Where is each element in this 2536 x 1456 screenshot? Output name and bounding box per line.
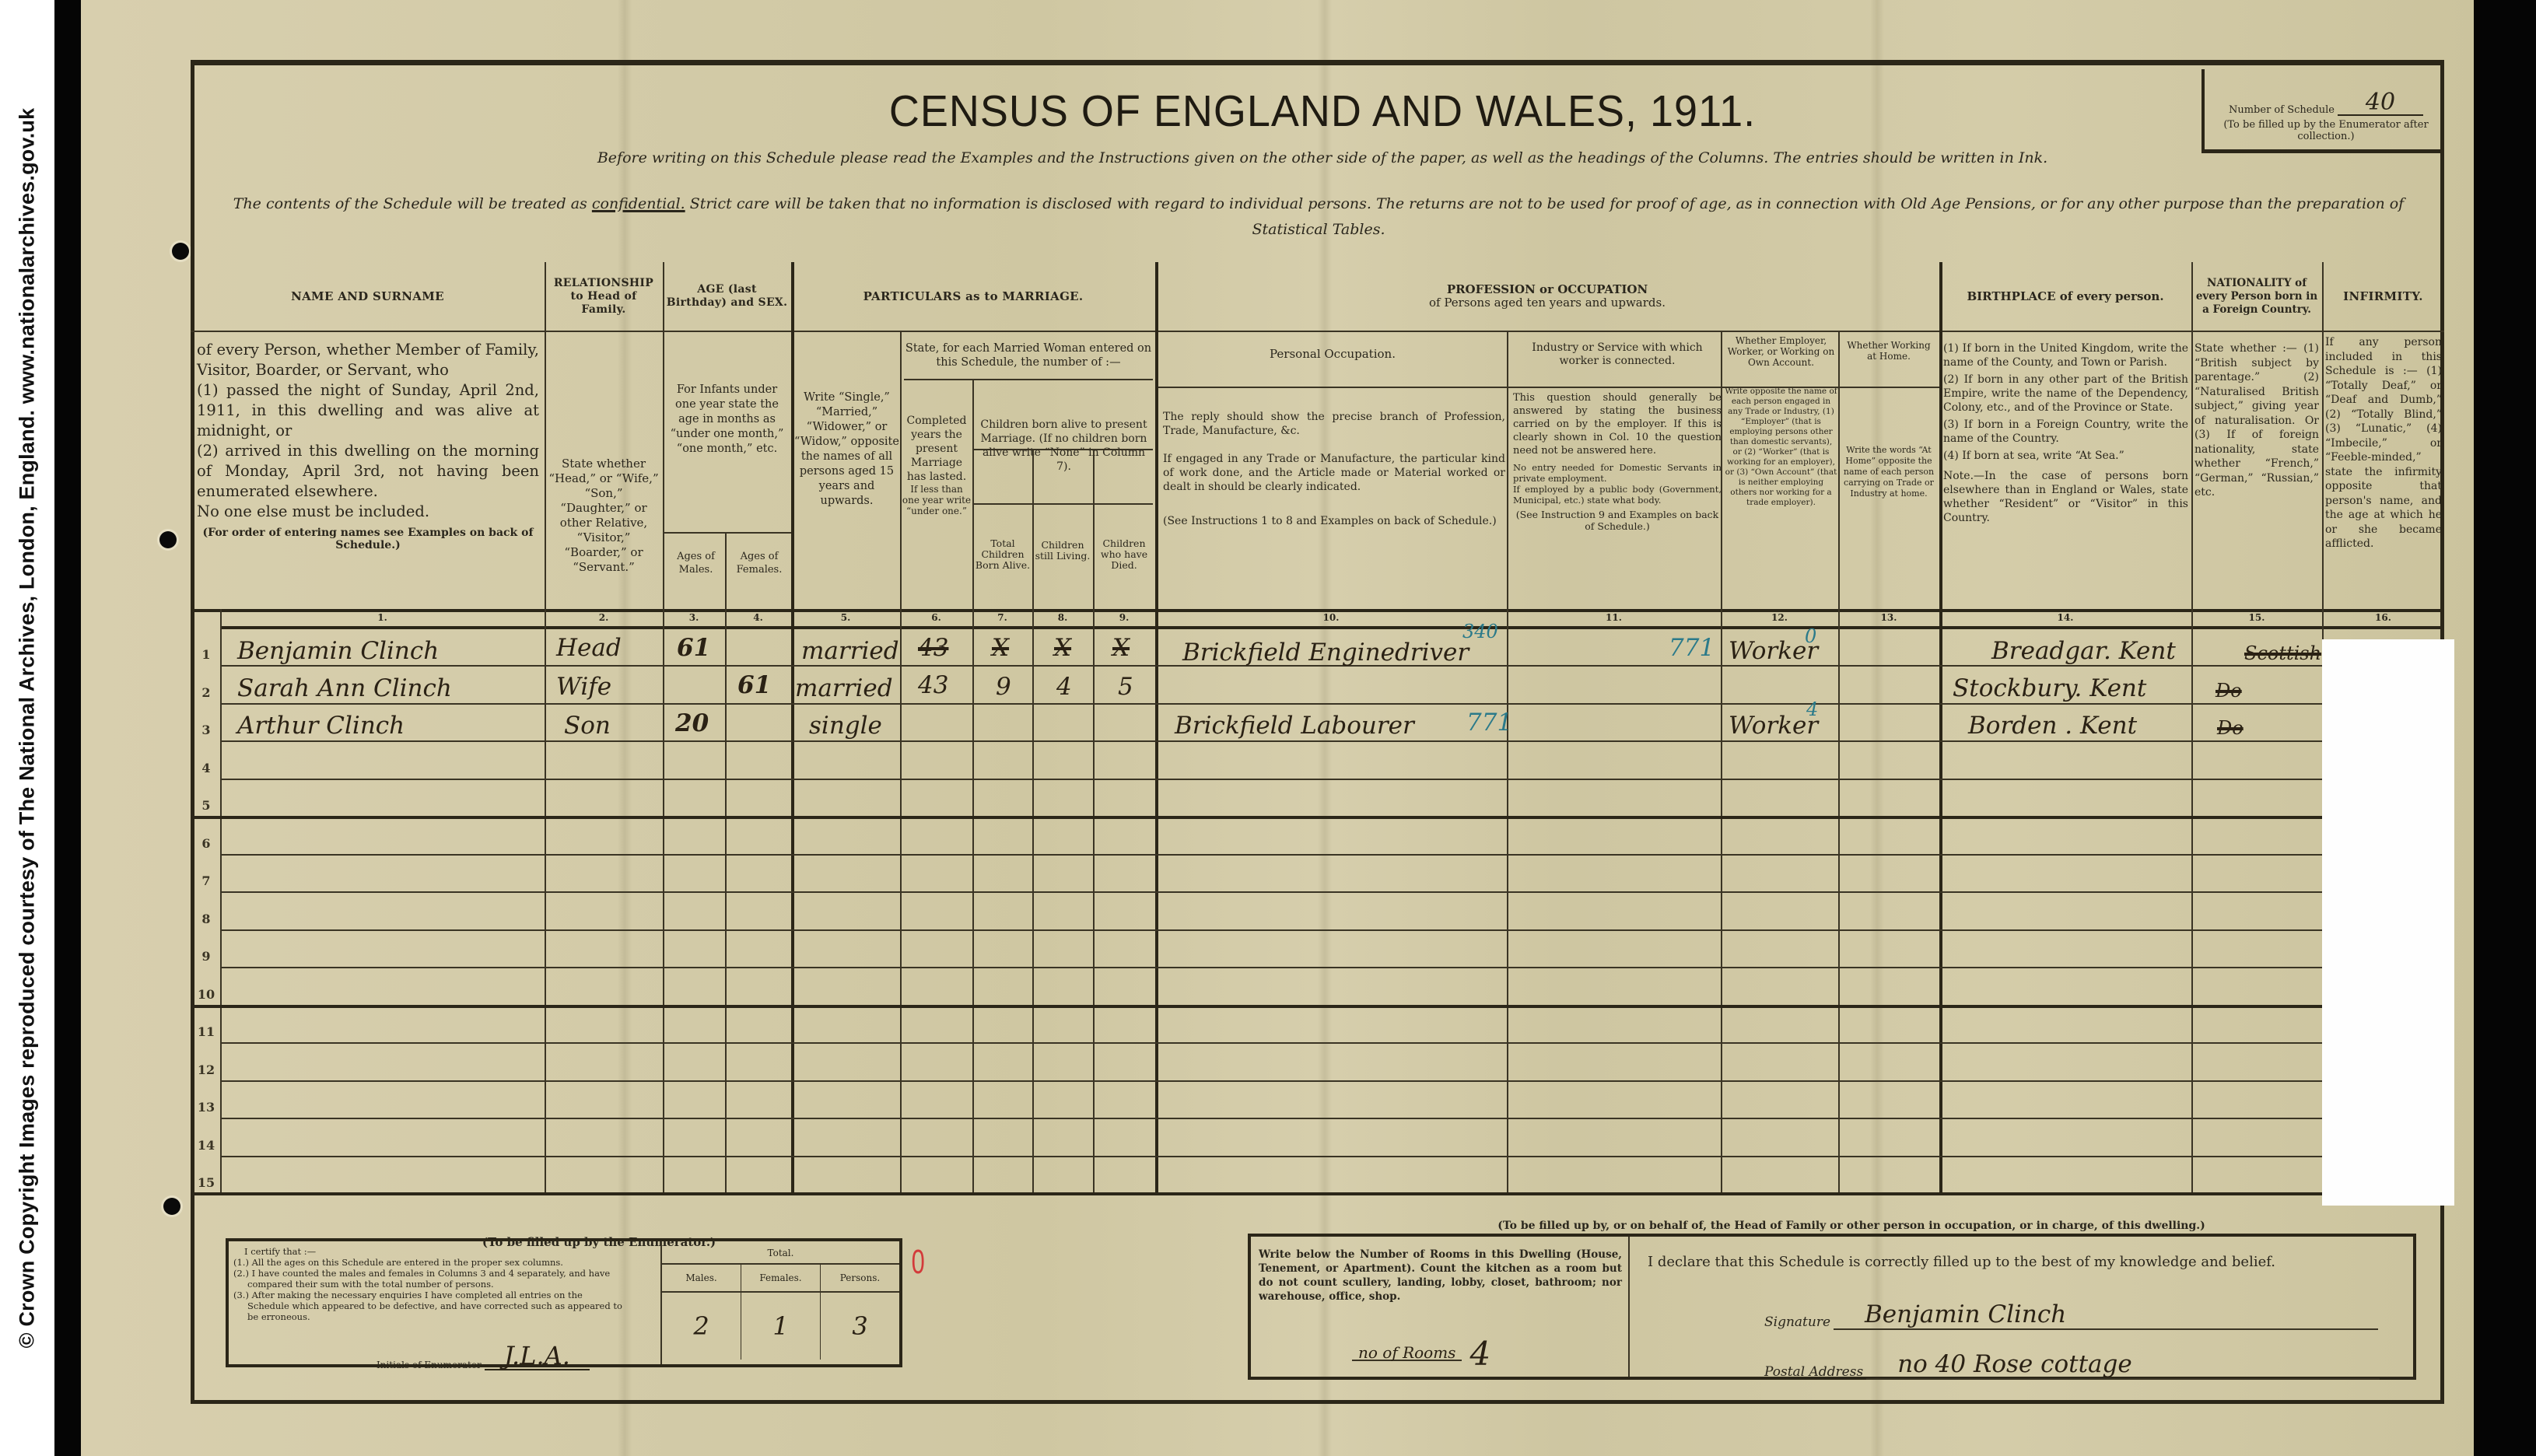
col-divider [220,609,222,1194]
employment-status-label: Whether Employer, Worker, or Working on … [1725,335,1837,368]
personal-instr-3: (See Instructions 1 to 8 and Examples on… [1163,514,1505,528]
address-row: Postal Address no 40 Rose cottage [1764,1350,2380,1380]
row-number: 1 [193,647,219,662]
row-rule [220,779,2444,780]
col-divider [1507,331,1508,1194]
children-total[interactable]: X [992,636,1009,660]
declaration: I declare that this Schedule is correctl… [1648,1254,2275,1270]
total-persons[interactable]: 3 [821,1293,899,1360]
totals-females-header: Females. [741,1265,821,1291]
address-value[interactable]: no 40 Rose cottage [1866,1350,2380,1380]
children-died[interactable]: 5 [1118,675,1133,699]
scan-edge-right [2474,0,2536,1456]
ages-of-males-label: Ages of Males. [667,550,725,576]
certify-item-2: (2.) I have counted the males and female… [233,1268,626,1290]
certify-heading: I certify that :— [233,1246,626,1257]
confidential-pre: The contents of the Schedule will be tre… [233,195,592,212]
person-name[interactable]: Sarah Ann Clinch [237,677,452,701]
head-of-family-caption: (To be filled up by, or on behalf of, th… [1245,1220,2458,1232]
signature-value[interactable]: Benjamin Clinch [1834,1300,2378,1330]
children-subdivider [972,503,1153,505]
personal-instr-1: The reply should show the precise branch… [1163,410,1505,438]
initials-value[interactable]: J.L.A. [485,1342,590,1370]
children-living[interactable]: X [1054,636,1071,660]
col-divider [1721,331,1722,1194]
birthplace-struck-out: Do [2217,719,2244,737]
completed-years-label: Completed years the present Marriage has… [902,414,972,516]
person-name[interactable]: Arthur Clinch [237,714,405,738]
rooms-label: no of Rooms [1352,1346,1462,1361]
signature-label: Signature [1764,1314,1830,1330]
personal-occupation-instructions: The reply should show the precise branch… [1163,410,1505,528]
totals-persons-header: Persons. [821,1265,899,1291]
rooms-instruction: Write below the Number of Rooms in this … [1259,1248,1622,1304]
row-rule [220,703,2444,705]
confidential-post: Strict care will be taken that no inform… [685,195,2405,238]
rooms-entry: no of Rooms 4 [1352,1346,1490,1361]
col-divider [1838,331,1840,1194]
children-died[interactable]: X [1112,636,1130,660]
occupation-subdivider [1155,387,1939,388]
working-at-home-label: Whether Working at Home. [1841,340,1936,362]
birthplace-instr-2: (2) If born in any other part of the Bri… [1943,373,2188,415]
person-age-male[interactable]: 61 [677,636,710,660]
row-rule [220,740,2444,742]
row-number: 12 [193,1062,219,1077]
personal-instr-2: If engaged in any Trade or Manufacture, … [1163,452,1505,494]
column-number: 8. [1032,612,1093,623]
employment-code: 4 [1806,700,1818,719]
punch-hole [159,531,177,548]
column-number: 16. [2322,612,2444,623]
personal-occupation-label: Personal Occupation. [1161,348,1504,361]
birthplace-instructions: (1) If born in the United Kingdom, write… [1943,341,2188,525]
enumerator-certificate-box: I certify that :— (1.) All the ages on t… [226,1238,902,1367]
industry-instructions: This question should generally be answer… [1513,391,1722,532]
instructions-confidential: The contents of the Schedule will be tre… [210,191,2427,243]
copyright-credit: © Crown Copyright Images reproduced cour… [16,108,40,1349]
header-birthplace: BIRTHPLACE of every person. [1939,262,2191,332]
row-rule [220,1042,2444,1044]
header-occupation: PROFESSION or OCCUPATION of Persons aged… [1155,262,1939,332]
row-number: 7 [193,873,219,888]
enumerator-certification: I certify that :— (1.) All the ages on t… [233,1246,626,1322]
col-divider [1155,262,1158,1194]
confidential-word: confidential. [592,195,685,212]
person-marital-status[interactable]: married [795,677,893,701]
industry-code[interactable]: 771 [1669,636,1715,660]
column-number: 12. [1721,612,1838,623]
col-divider [900,331,902,1194]
employment-status-instructions: Write opposite the name of each person e… [1725,387,1837,508]
totals-males-header: Males. [662,1265,741,1291]
totals-grid: Total. Males. Females. Persons. 2 1 3 [660,1241,899,1364]
head-of-family-box: Write below the Number of Rooms in this … [1248,1234,2416,1380]
marital-instructions: Write “Single,” “Married,” “Widower,” or… [794,390,899,509]
col-divider [545,262,546,1194]
enumerator-initials-row: Initials of Enumerator J.L.A. [377,1342,590,1370]
row-rule [220,1080,2444,1082]
occupation-code: 771 [1466,711,1512,735]
col-divider [972,379,974,1194]
personal-occupation[interactable]: Brickfield Enginedriver [1182,641,1469,665]
person-relationship[interactable]: Wife [556,675,611,699]
birthplace[interactable]: Borden . Kent [1968,714,2137,738]
rooms-value[interactable]: 4 [1469,1347,1490,1361]
row-number: 5 [193,798,219,813]
row-number: 15 [193,1175,219,1190]
birthplace-instr-1: (1) If born in the United Kingdom, write… [1943,341,2188,369]
certify-item-3: (3.) After making the necessary enquirie… [233,1290,626,1322]
subheader-divider [904,379,1153,380]
name-instructions: of every Person, whether Member of Famil… [197,340,539,551]
schedule-number-label: Number of Schedule [2229,104,2335,116]
birthplace-note: Note.—In the case of persons born elsewh… [1943,469,2188,525]
header-marriage: PARTICULARS as to MARRIAGE. [791,262,1155,332]
completed-years-text: Completed years the present Marriage has… [902,414,972,484]
row-number: 11 [193,1024,219,1039]
column-number: 6. [900,612,972,623]
row-number: 2 [193,685,219,700]
row-number: 13 [193,1100,219,1115]
scan-edge-left [54,0,82,1456]
children-total[interactable]: 9 [996,675,1011,699]
punch-hole [163,1198,180,1215]
age-instructions: For Infants under one year state the age… [667,383,787,457]
person-age-male[interactable]: 20 [675,712,709,736]
column-number: 3. [663,612,725,623]
col-divider [1093,449,1095,1194]
birthplace-instr-4: (4) If born at sea, write “At Sea.” [1943,449,2188,463]
row-rule [220,929,2444,931]
row-rule-major [191,816,2444,819]
occupation-code: 340 [1462,622,1498,641]
row-rule [220,854,2444,856]
column-number: 15. [2191,612,2322,623]
industry-instr-3: If employed by a public body (Government… [1513,484,1722,506]
initials-label: Initials of Enumerator [377,1360,482,1370]
person-name[interactable]: Benjamin Clinch [237,639,439,663]
personal-occupation[interactable]: Brickfield Labourer [1175,714,1414,738]
completed-years-note: If less than one year write “under one.” [902,484,972,516]
occupation-title: PROFESSION or OCCUPATION [1447,283,1648,296]
children-born-instructions: Children born alive to present Marriage.… [976,418,1151,474]
row-rule [220,1118,2444,1119]
name-instr-4: (For order of entering names see Example… [197,527,539,551]
age-subdivider [663,532,791,534]
person-marital-status[interactable]: single [809,714,882,738]
industry-instr-1: This question should generally be answer… [1513,391,1722,457]
page-title: CENSUS OF ENGLAND AND WALES, 1911. [856,86,1789,136]
name-instr-2: (2) arrived in this dwelling on the morn… [197,441,539,502]
col-divider [725,532,727,1194]
birthplace[interactable]: Stockbury. Kent [1953,677,2146,701]
punch-hole [172,243,189,260]
column-number: 1. [220,612,545,623]
industry-label: Industry or Service with which worker is… [1513,341,1722,368]
row-number: 9 [193,949,219,964]
subheader-divider [972,449,1153,450]
employment-code: 0 [1805,627,1816,646]
person-relationship[interactable]: Son [564,714,611,738]
row-number: 3 [193,723,219,737]
column-number: 2. [545,612,663,623]
relationship-instructions: State whether “Head,” or “Wife,” “Son,” … [548,457,659,575]
column-number: 4. [725,612,791,623]
working-at-home-instructions: Write the words “At Home” opposite the n… [1841,445,1936,499]
column-number: 11. [1507,612,1721,623]
rooms-section: Write below the Number of Rooms in this … [1251,1237,1630,1377]
header-relationship: RELATIONSHIP to Head of Family. [545,262,663,332]
name-instr-1: (1) passed the night of Sunday, April 2n… [197,380,539,441]
signature-row: Signature Benjamin Clinch [1764,1300,2378,1330]
person-marital-status[interactable]: married [801,639,899,663]
schedule-number-note: (To be filled up by the Enumerator after… [2212,119,2440,142]
col-divider [1032,449,1034,1194]
married-woman-instructions: State, for each Married Woman entered on… [904,341,1153,369]
column-number: 14. [1939,612,2191,623]
total-males[interactable]: 2 [662,1293,741,1360]
name-instr-body: of every Person, whether Member of Famil… [197,340,539,380]
copyright-strip: © Crown Copyright Images reproduced cour… [0,0,54,1456]
header-name: NAME AND SURNAME [191,262,545,332]
children-died-label: Children who have Died. [1095,538,1154,571]
row-number: 8 [193,912,219,926]
col-divider [791,262,794,1194]
employment-status[interactable]: Worker [1729,714,1818,738]
col-divider [2191,262,2193,1194]
header-infirmity: INFIRMITY. [2322,262,2444,332]
row-rule-major [191,1005,2444,1008]
industry-instr-4: (See Instruction 9 and Examples on back … [1513,509,1722,532]
header-nationality: NATIONALITY of every Person born in a Fo… [2191,262,2322,332]
schedule-number-box: Number of Schedule 40 (To be filled up b… [2201,69,2444,153]
column-number: 9. [1093,612,1155,623]
column-number: 13. [1838,612,1939,623]
person-age-female[interactable]: 61 [737,674,771,698]
years-married[interactable]: 43 [918,636,948,660]
col-divider [1939,262,1942,1194]
children-living-label: Children still Living. [1035,540,1091,562]
col-divider [663,262,664,1194]
row-number: 4 [193,761,219,775]
nationality-instructions: State whether :— (1) “British subject by… [2194,341,2319,500]
totals-title: Total. [662,1241,899,1265]
address-label: Postal Address [1764,1364,1863,1380]
column-number: 10. [1155,612,1507,623]
row-rule [220,1156,2444,1157]
header-age: AGE (last Birthday) and SEX. [663,262,791,332]
children-living[interactable]: 4 [1056,675,1072,699]
instructions-ink: Before writing on this Schedule please r… [311,149,2334,166]
years-married[interactable]: 43 [918,674,948,698]
row-number: 10 [193,987,219,1002]
schedule-number-value[interactable]: 40 [2338,91,2423,116]
row-rule [220,967,2444,968]
table-bottom-rule [191,1192,2444,1195]
column-number-rule [220,626,2444,629]
row-number: 14 [193,1138,219,1153]
industry-instr-2: No entry needed for Domestic Servants in… [1513,462,1722,484]
column-number: 5. [791,612,900,623]
red-check-mark: 0 [912,1243,925,1282]
birthplace-instr-3: (3) If born in a Foreign Country, write … [1943,418,2188,446]
header-divider [191,331,2444,332]
column-number: 7. [972,612,1032,623]
ages-of-females-label: Ages of Females. [729,550,790,576]
total-children-label: Total Children Born Alive. [975,538,1031,571]
redacted-infirmity-column [2322,639,2454,1206]
birthplace[interactable]: Breadgar. Kent [1991,639,2176,663]
person-relationship[interactable]: Head [556,636,622,660]
name-instr-3: No one else must be included. [197,502,539,522]
birthplace-struck-out: Scottish [2244,644,2321,663]
certify-item-1: (1.) All the ages on this Schedule are e… [233,1257,626,1268]
row-rule [220,891,2444,893]
row-number: 6 [193,836,219,851]
total-females[interactable]: 1 [741,1293,821,1360]
birthplace-struck-out: Do [2215,681,2242,700]
occupation-subtitle: of Persons aged ten years and upwards. [1429,296,1666,310]
infirmity-instructions: If any person included in this Schedule … [2325,335,2442,551]
